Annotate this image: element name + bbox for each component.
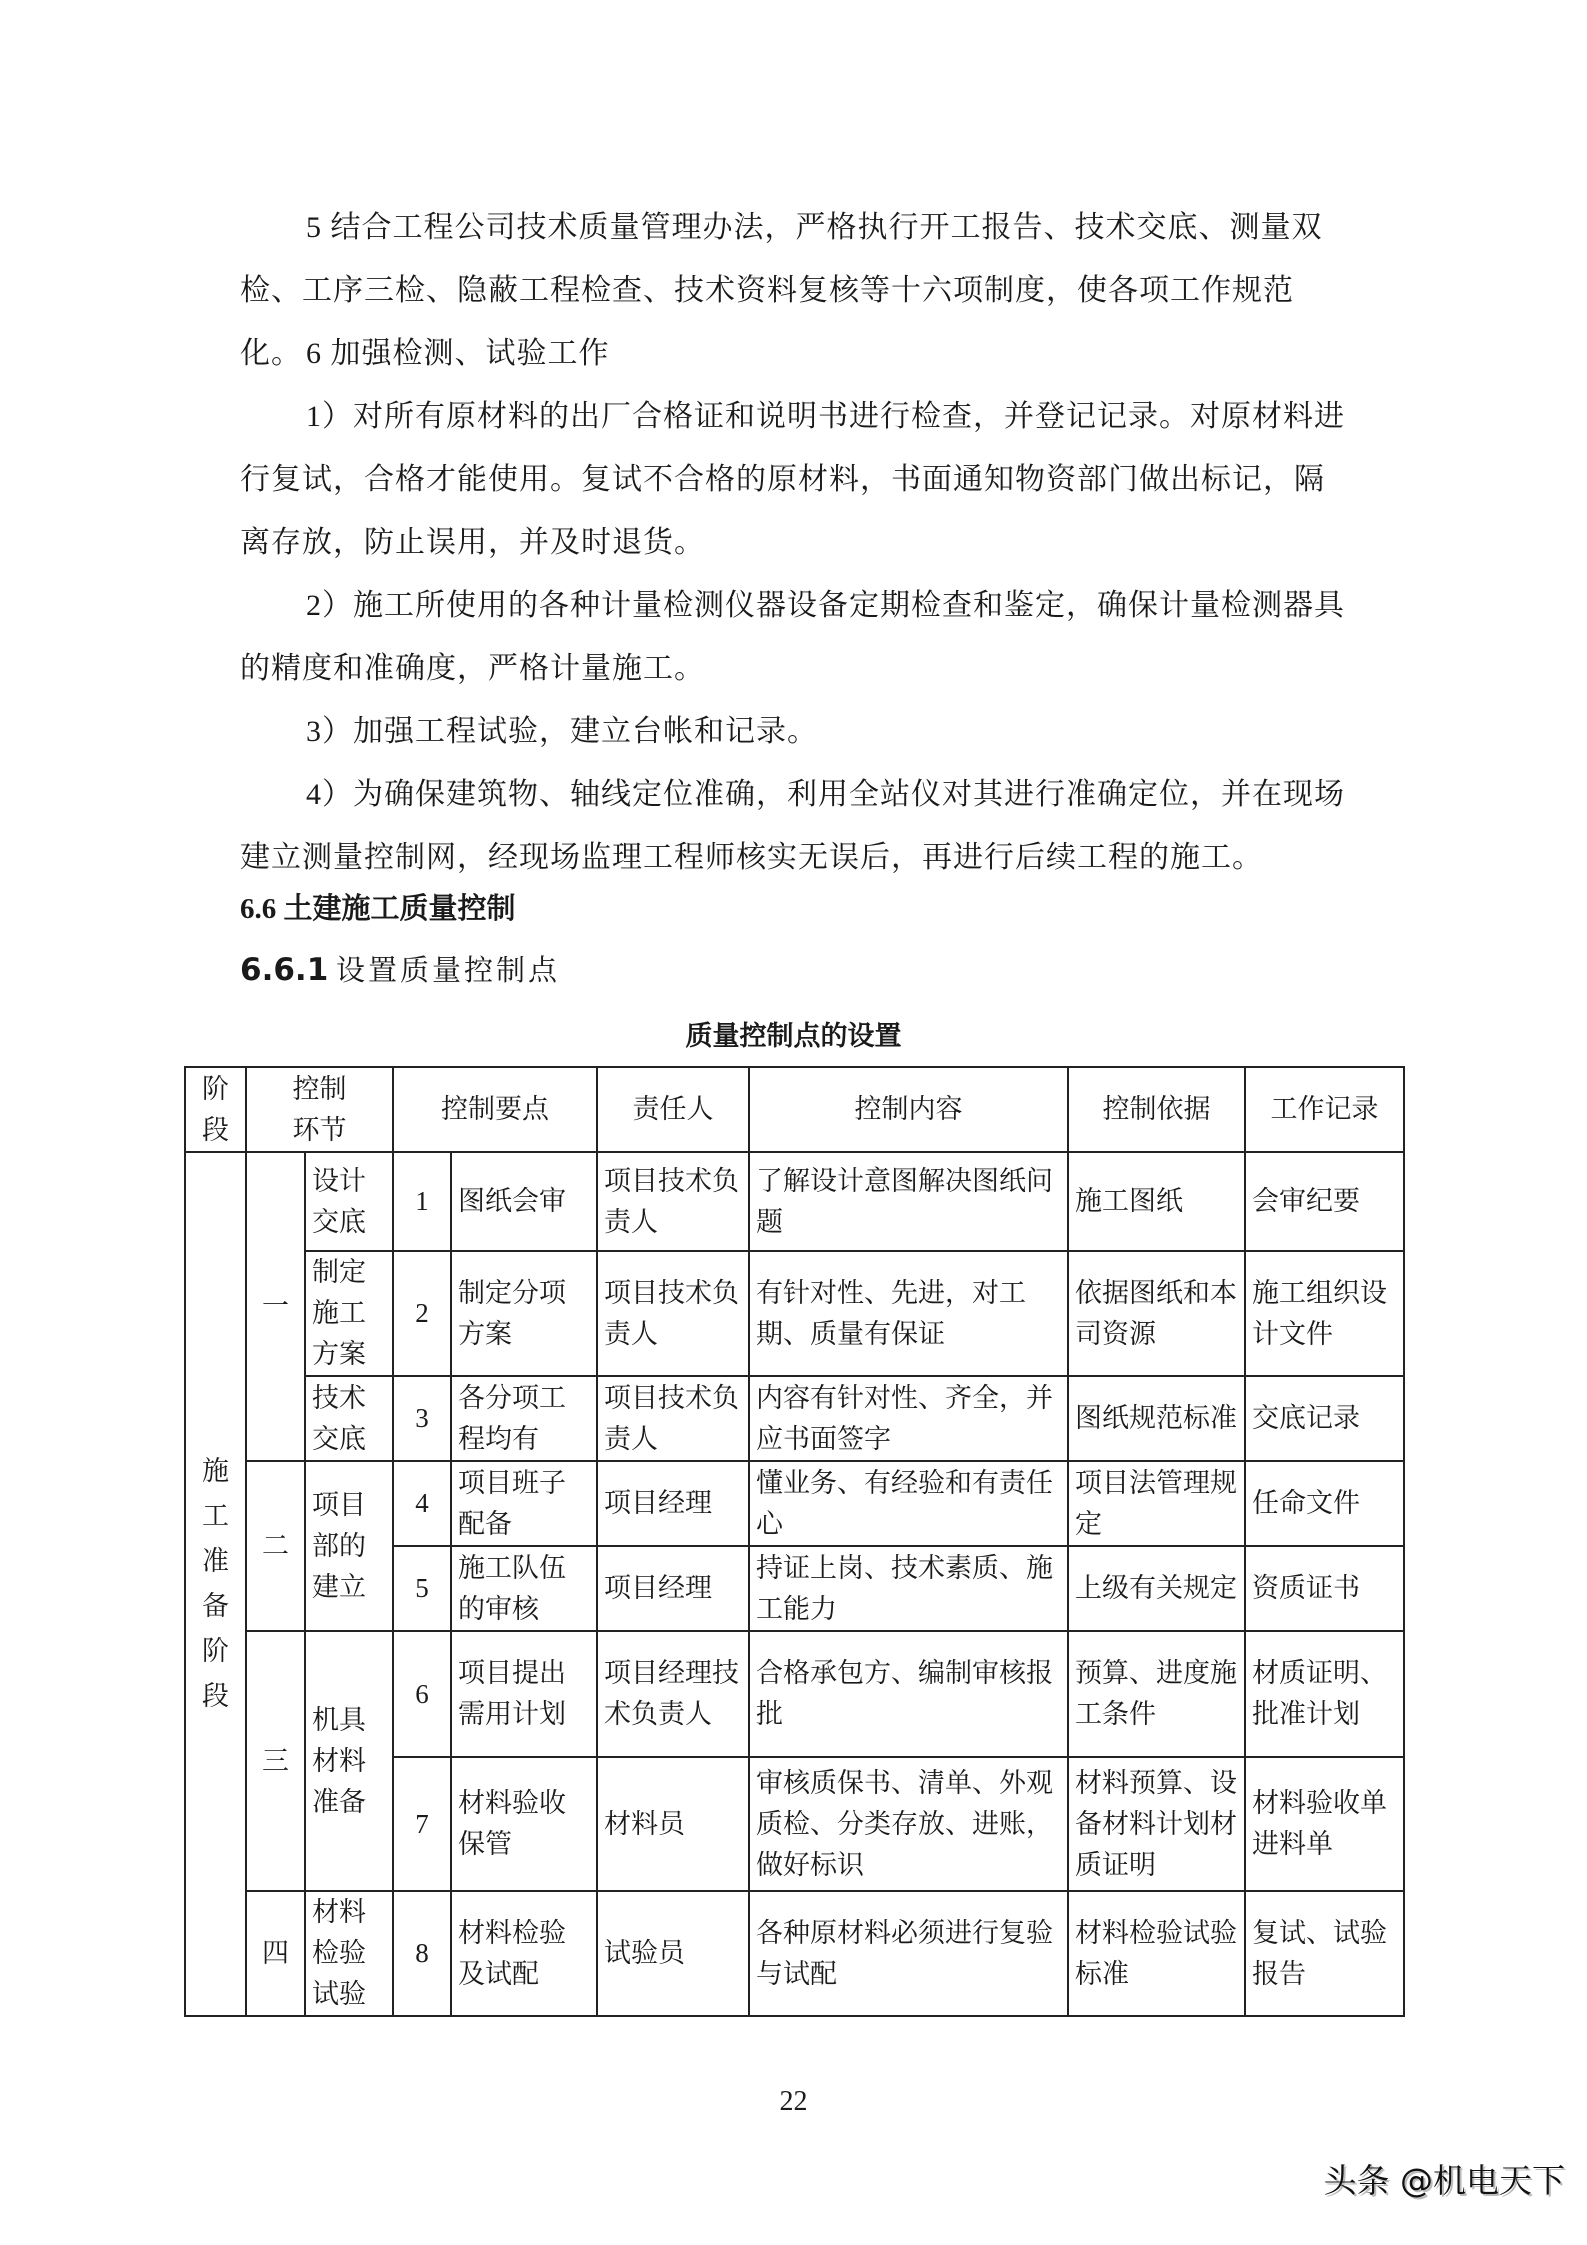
- header-key-points: 控制要点: [393, 1067, 597, 1152]
- control-link-cell: 技术交底: [305, 1376, 393, 1461]
- responsible-cell: 项目技术负责人: [597, 1251, 749, 1376]
- record-cell: 施工组织设计文件: [1245, 1251, 1404, 1376]
- content-cell: 了解设计意图解决图纸问题: [749, 1152, 1068, 1251]
- paragraph-item-6-3: 3）加强工程试验，建立台帐和记录。: [240, 700, 1350, 763]
- table-caption: 质量控制点的设置: [0, 1014, 1587, 1053]
- responsible-cell: 项目经理: [597, 1461, 749, 1546]
- record-cell: 交底记录: [1245, 1376, 1404, 1461]
- basis-cell: 项目法管理规定: [1068, 1461, 1245, 1546]
- control-link-cell: 机具材料准备: [305, 1631, 393, 1891]
- subsection-number: 6.6.1: [240, 952, 328, 988]
- row-number-cell: 3: [393, 1376, 451, 1461]
- responsible-cell: 项目技术负责人: [597, 1376, 749, 1461]
- basis-cell: 材料预算、设备材料计划材质证明: [1068, 1757, 1245, 1891]
- paragraph-item-6-2: 2）施工所使用的各种计量检测仪器设备定期检查和鉴定，确保计量检测器具的精度和准确…: [240, 574, 1350, 700]
- key-point-cell: 项目提出需用计划: [451, 1631, 597, 1757]
- subsection-title: 设置质量控制点: [336, 955, 560, 987]
- section-heading: 6.6 土建施工质量控制: [240, 886, 516, 927]
- key-point-cell: 材料验收保管: [451, 1757, 597, 1891]
- basis-cell: 施工图纸: [1068, 1152, 1245, 1251]
- row-number-cell: 1: [393, 1152, 451, 1251]
- record-cell: 材料验收单进料单: [1245, 1757, 1404, 1891]
- watermark-text: 头条 @机电天下: [1324, 2155, 1566, 2202]
- row-number-cell: 8: [393, 1891, 451, 2016]
- table-header-row: 阶段 控制环节 控制要点 责任人 控制内容 控制依据 工作记录: [185, 1067, 1404, 1152]
- record-cell: 材质证明、批准计划: [1245, 1631, 1404, 1757]
- group-number-cell: 三: [246, 1631, 305, 1891]
- basis-cell: 上级有关规定: [1068, 1546, 1245, 1631]
- key-point-cell: 制定分项方案: [451, 1251, 597, 1376]
- basis-cell: 预算、进度施工条件: [1068, 1631, 1245, 1757]
- record-cell: 会审纪要: [1245, 1152, 1404, 1251]
- paragraph-item-6-4: 4）为确保建筑物、轴线定位准确，利用全站仪对其进行准确定位，并在现场建立测量控制…: [240, 763, 1350, 889]
- page-number: 22: [0, 2086, 1587, 2118]
- quality-control-points-table: 阶段 控制环节 控制要点 责任人 控制内容 控制依据 工作记录 施工准备阶段 一…: [184, 1066, 1405, 2017]
- table-row: 四 材料检验试验 8 材料检验及试配 试验员 各种原材料必须进行复验与试配 材料…: [185, 1891, 1404, 2016]
- header-content: 控制内容: [749, 1067, 1068, 1152]
- responsible-cell: 项目技术负责人: [597, 1152, 749, 1251]
- responsible-cell: 材料员: [597, 1757, 749, 1891]
- control-link-cell: 项目部的建立: [305, 1461, 393, 1631]
- paragraph-item-6-heading: 6 加强检测、试验工作: [240, 322, 1350, 385]
- content-cell: 审核质保书、清单、外观质检、分类存放、进账，做好标识: [749, 1757, 1068, 1891]
- key-point-cell: 材料检验及试配: [451, 1891, 597, 2016]
- stage-cell: 施工准备阶段: [185, 1152, 246, 2016]
- table-row: 技术交底 3 各分项工程均有 项目技术负责人 内容有针对性、齐全，并应书面签字 …: [185, 1376, 1404, 1461]
- content-cell: 合格承包方、编制审核报批: [749, 1631, 1068, 1757]
- table-row: 制定施工方案 2 制定分项方案 项目技术负责人 有针对性、先进，对工期、质量有保…: [185, 1251, 1404, 1376]
- group-number-cell: 四: [246, 1891, 305, 2016]
- header-responsible: 责任人: [597, 1067, 749, 1152]
- key-point-cell: 各分项工程均有: [451, 1376, 597, 1461]
- row-number-cell: 2: [393, 1251, 451, 1376]
- key-point-cell: 项目班子配备: [451, 1461, 597, 1546]
- subsection-heading: 6.6.1 设置质量控制点: [240, 948, 560, 989]
- control-link-cell: 设计交底: [305, 1152, 393, 1251]
- responsible-cell: 项目经理: [597, 1546, 749, 1631]
- table-row: 三 机具材料准备 6 项目提出需用计划 项目经理技术负责人 合格承包方、编制审核…: [185, 1631, 1404, 1757]
- header-record: 工作记录: [1245, 1067, 1404, 1152]
- row-number-cell: 4: [393, 1461, 451, 1546]
- key-point-cell: 图纸会审: [451, 1152, 597, 1251]
- control-link-cell: 材料检验试验: [305, 1891, 393, 2016]
- row-number-cell: 5: [393, 1546, 451, 1631]
- responsible-cell: 试验员: [597, 1891, 749, 2016]
- table-row: 二 项目部的建立 4 项目班子配备 项目经理 懂业务、有经验和有责任心 项目法管…: [185, 1461, 1404, 1546]
- basis-cell: 材料检验试验标准: [1068, 1891, 1245, 2016]
- table-row: 施工准备阶段 一 设计交底 1 图纸会审 项目技术负责人 了解设计意图解决图纸问…: [185, 1152, 1404, 1251]
- record-cell: 任命文件: [1245, 1461, 1404, 1546]
- key-point-cell: 施工队伍的审核: [451, 1546, 597, 1631]
- content-cell: 持证上岗、技术素质、施工能力: [749, 1546, 1068, 1631]
- row-number-cell: 7: [393, 1757, 451, 1891]
- control-link-cell: 制定施工方案: [305, 1251, 393, 1376]
- row-number-cell: 6: [393, 1631, 451, 1757]
- record-cell: 资质证书: [1245, 1546, 1404, 1631]
- header-control-link: 控制环节: [246, 1067, 393, 1152]
- content-cell: 内容有针对性、齐全，并应书面签字: [749, 1376, 1068, 1461]
- group-number-cell: 一: [246, 1152, 305, 1461]
- group-number-cell: 二: [246, 1461, 305, 1631]
- responsible-cell: 项目经理技术负责人: [597, 1631, 749, 1757]
- content-cell: 懂业务、有经验和有责任心: [749, 1461, 1068, 1546]
- basis-cell: 图纸规范标准: [1068, 1376, 1245, 1461]
- record-cell: 复试、试验报告: [1245, 1891, 1404, 2016]
- content-cell: 有针对性、先进，对工期、质量有保证: [749, 1251, 1068, 1376]
- header-stage: 阶段: [185, 1067, 246, 1152]
- header-basis: 控制依据: [1068, 1067, 1245, 1152]
- content-cell: 各种原材料必须进行复验与试配: [749, 1891, 1068, 2016]
- paragraph-item-6-1: 1）对所有原材料的出厂合格证和说明书进行检查，并登记记录。对原材料进行复试，合格…: [240, 385, 1350, 574]
- basis-cell: 依据图纸和本司资源: [1068, 1251, 1245, 1376]
